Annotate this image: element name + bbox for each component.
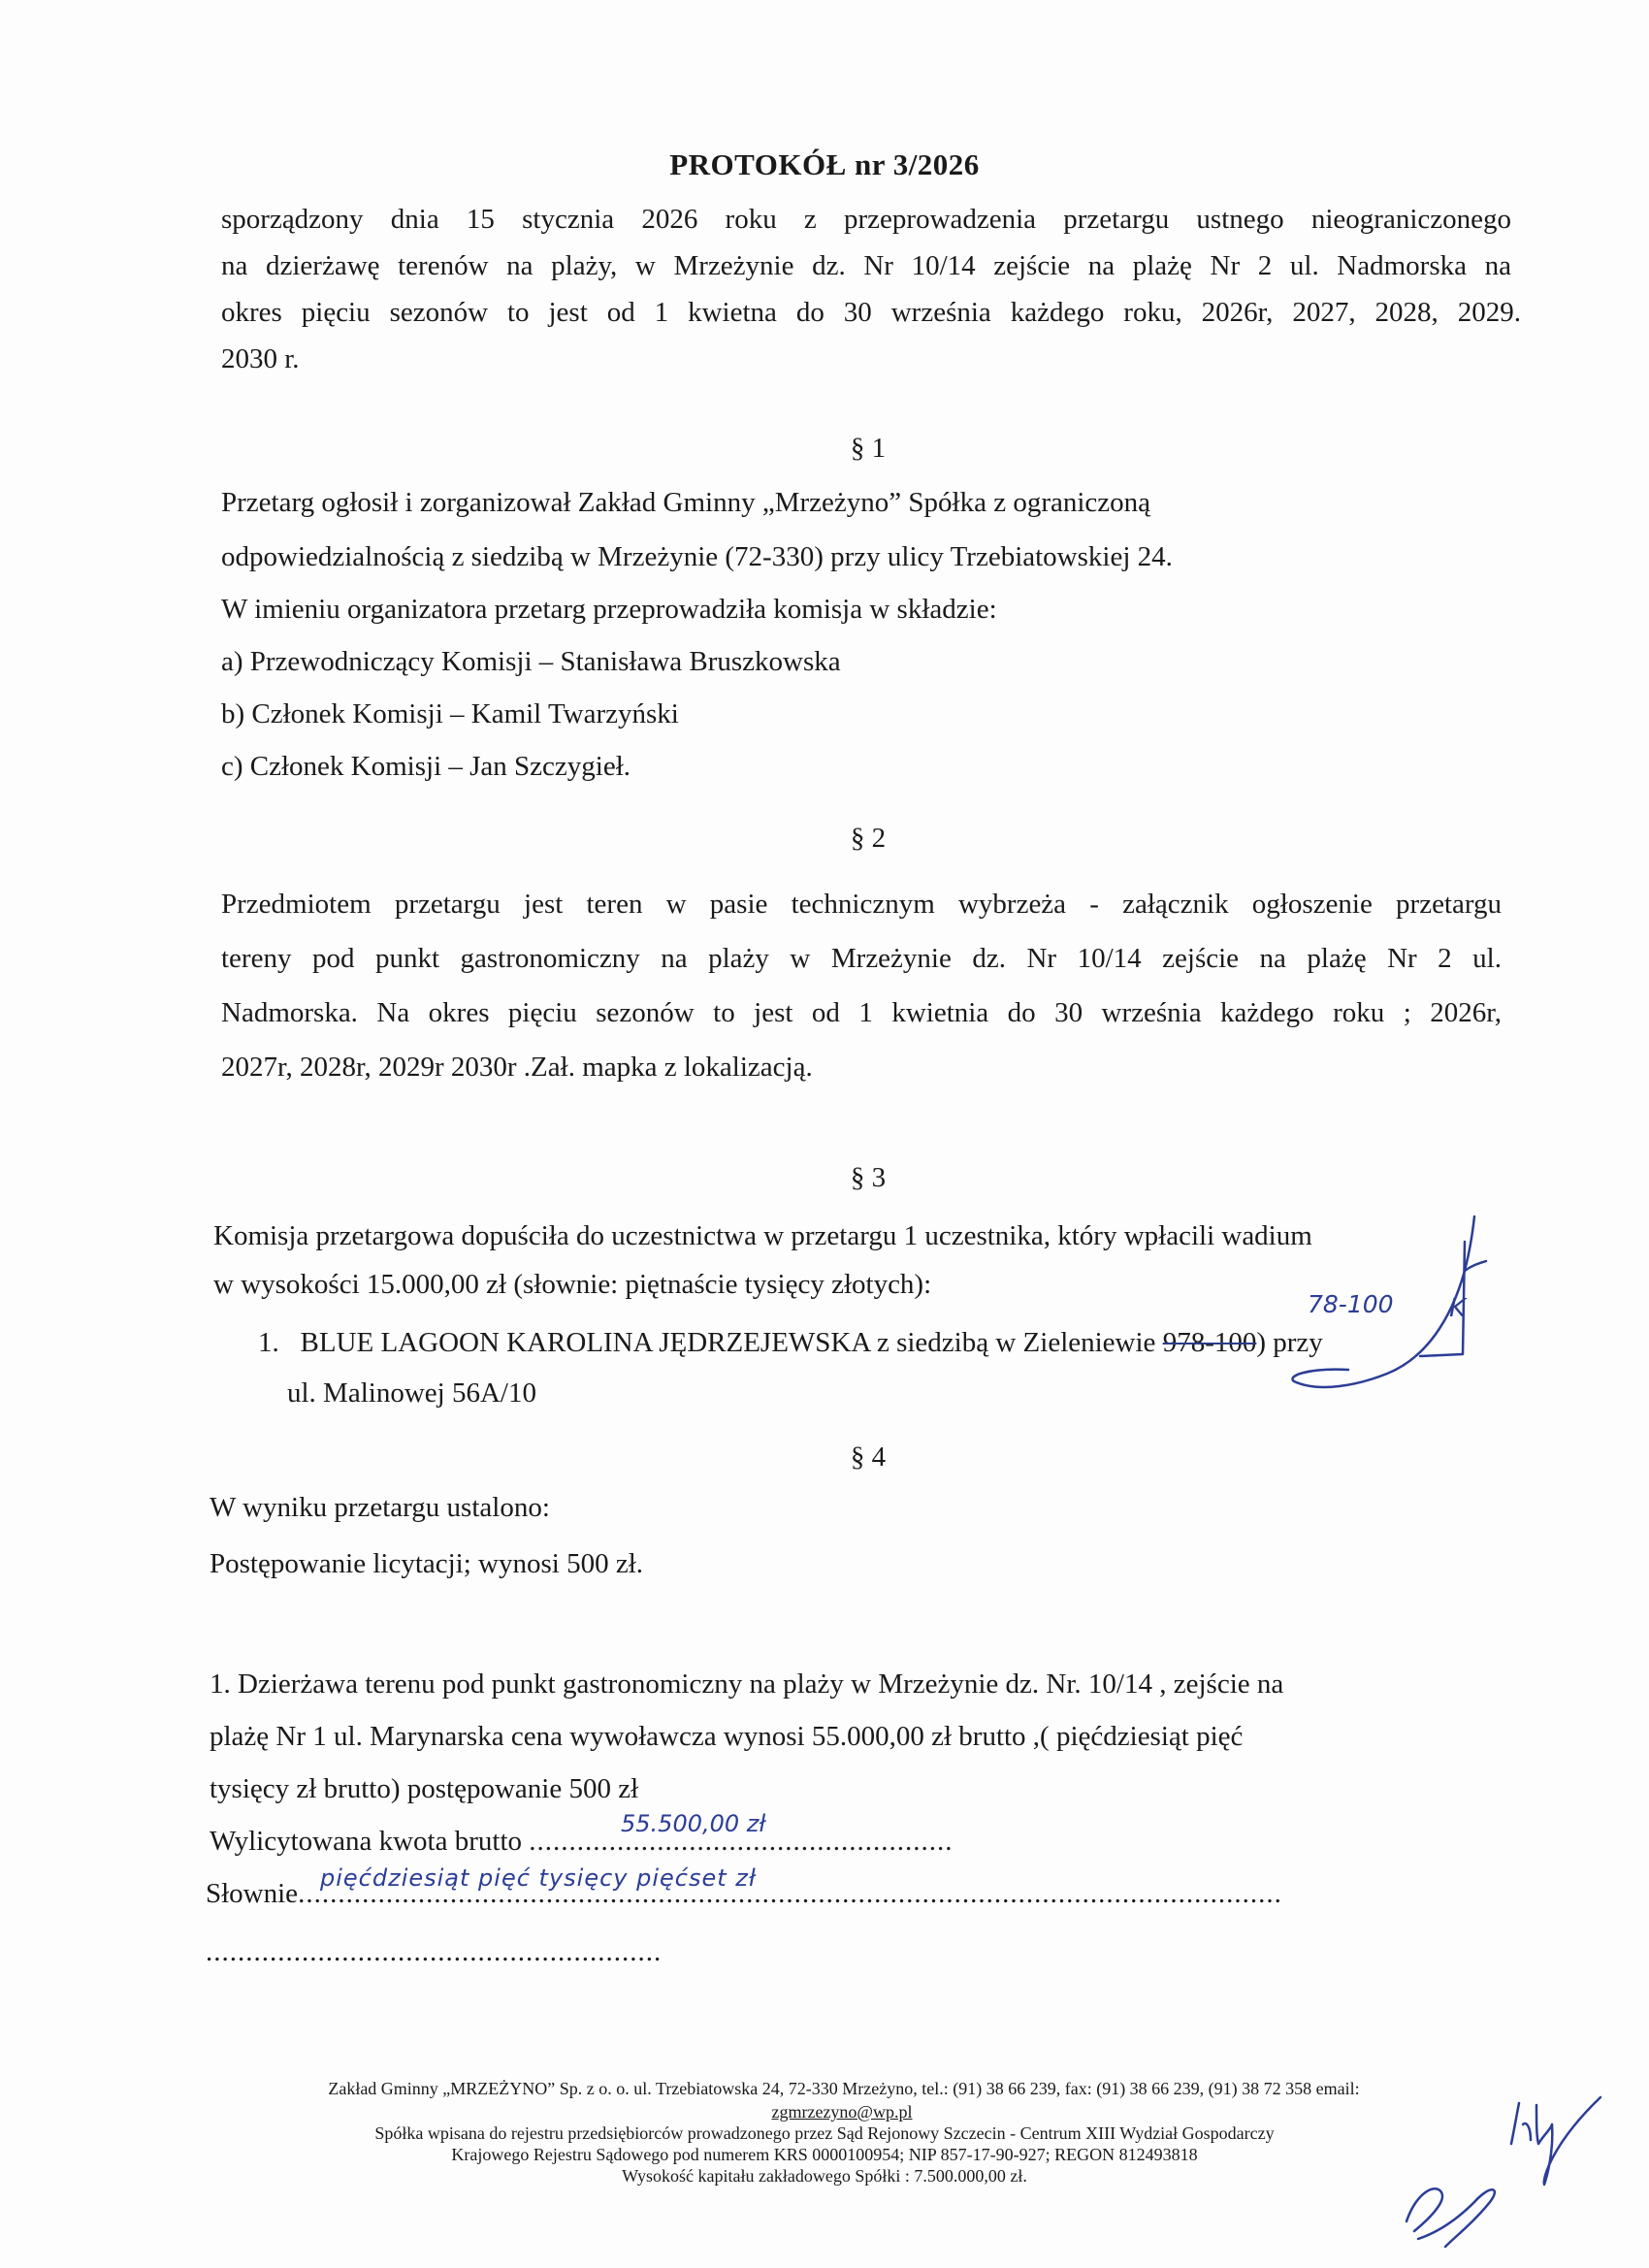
participant-number: 1. (258, 1327, 279, 1358)
lease-item-line-1: 1. Dzierżawa terenu pod punkt gastronomi… (210, 1667, 1283, 1701)
continuation-dotted-line: ........................................… (206, 1934, 662, 1969)
lease-item-line-2: plażę Nr 1 ul. Marynarska cena wywoławcz… (210, 1719, 1243, 1754)
auction-amount-row: Wylicytowana kwota brutto ..............… (210, 1824, 954, 1859)
auction-amount-label: Wylicytowana kwota brutto (210, 1826, 522, 1857)
footer-email-row: zgmrzezyno@wp.pl (0, 2101, 1649, 2122)
section2-line-2: tereny pod punkt gastronomiczny na plaży… (221, 941, 1502, 976)
footer-krs-line: Krajowego Rejestru Sądowego pod numerem … (0, 2144, 1649, 2165)
section1-line-1: Przetarg ogłosił i zorganizował Zakład G… (221, 485, 1150, 520)
amount-in-words-label: Słownie (206, 1878, 298, 1909)
struck-postcode: 978-100 (1163, 1327, 1257, 1358)
section3-line-2: w wysokości 15.000,00 zł (słownie: piętn… (213, 1267, 931, 1302)
handwritten-amount: 55.500,00 zł (621, 1810, 765, 1837)
section-mark-1: § 1 (0, 431, 1649, 466)
committee-chair: a) Przewodniczący Komisji – Stanisława B… (221, 644, 841, 679)
intro-line-3: okres pięciu sezonów to jest od 1 kwietn… (221, 295, 1521, 330)
footer-email-link[interactable]: zgmrzezyno@wp.pl (771, 2102, 912, 2122)
protocol-page: PROTOKÓŁ nr 3/2026 sporządzony dnia 15 s… (0, 0, 1649, 2268)
section-mark-2: § 2 (0, 821, 1649, 856)
section1-line-3: W imieniu organizatora przetarg przeprow… (221, 592, 997, 627)
participant-name: BLUE LAGOON KAROLINA JĘDRZEJEWSKA z sied… (301, 1327, 1163, 1358)
section1-line-2: odpowiedzialnością z siedzibą w Mrzeżyni… (221, 539, 1173, 574)
participant-entry: 1. BLUE LAGOON KAROLINA JĘDRZEJEWSKA z s… (258, 1325, 1323, 1360)
document-title: PROTOKÓŁ nr 3/2026 (0, 147, 1649, 182)
section2-line-3: Nadmorska. Na okres pięciu sezonów to je… (221, 995, 1502, 1030)
correction-arrow-mark (1280, 1203, 1513, 1397)
section-mark-4: § 4 (0, 1440, 1649, 1474)
lease-item-line-3: tysięcy zł brutto) postępowanie 500 zł (210, 1771, 638, 1806)
footer-registry-line: Spółka wpisana do rejestru przedsiębiorc… (0, 2122, 1649, 2144)
committee-member-c: c) Członek Komisji – Jan Szczygieł. (221, 749, 630, 784)
signature-initials-2 (1397, 2163, 1523, 2251)
section2-line-4: 2027r, 2028r, 2029r 2030r .Zał. mapka z … (221, 1050, 813, 1085)
footer-company-address: Zakład Gminny „MRZEŻYNO” Sp. z o. o. ul.… (0, 2078, 1649, 2099)
intro-line-4: 2030 r. (221, 341, 300, 376)
section3-line-1: Komisja przetargowa dopuściła do uczestn… (213, 1218, 1312, 1253)
section-mark-3: § 3 (0, 1160, 1649, 1195)
section4-line-2: Postępowanie licytacji; wynosi 500 zł. (210, 1546, 643, 1581)
handwritten-amount-in-words: pięćdziesiąt pięć tysięcy pięćset zł (320, 1864, 757, 1892)
section2-line-1: Przedmiotem przetargu jest teren w pasie… (221, 887, 1502, 922)
section4-line-1: W wyniku przetargu ustalono: (210, 1490, 550, 1525)
committee-member-b: b) Członek Komisji – Kamil Twarzyński (221, 697, 679, 731)
intro-line-1: sporządzony dnia 15 stycznia 2026 roku z… (221, 202, 1511, 237)
intro-line-2: na dzierżawę terenów na plaży, w Mrzeżyn… (221, 248, 1511, 283)
participant-address: ul. Malinowej 56A/10 (287, 1376, 536, 1410)
